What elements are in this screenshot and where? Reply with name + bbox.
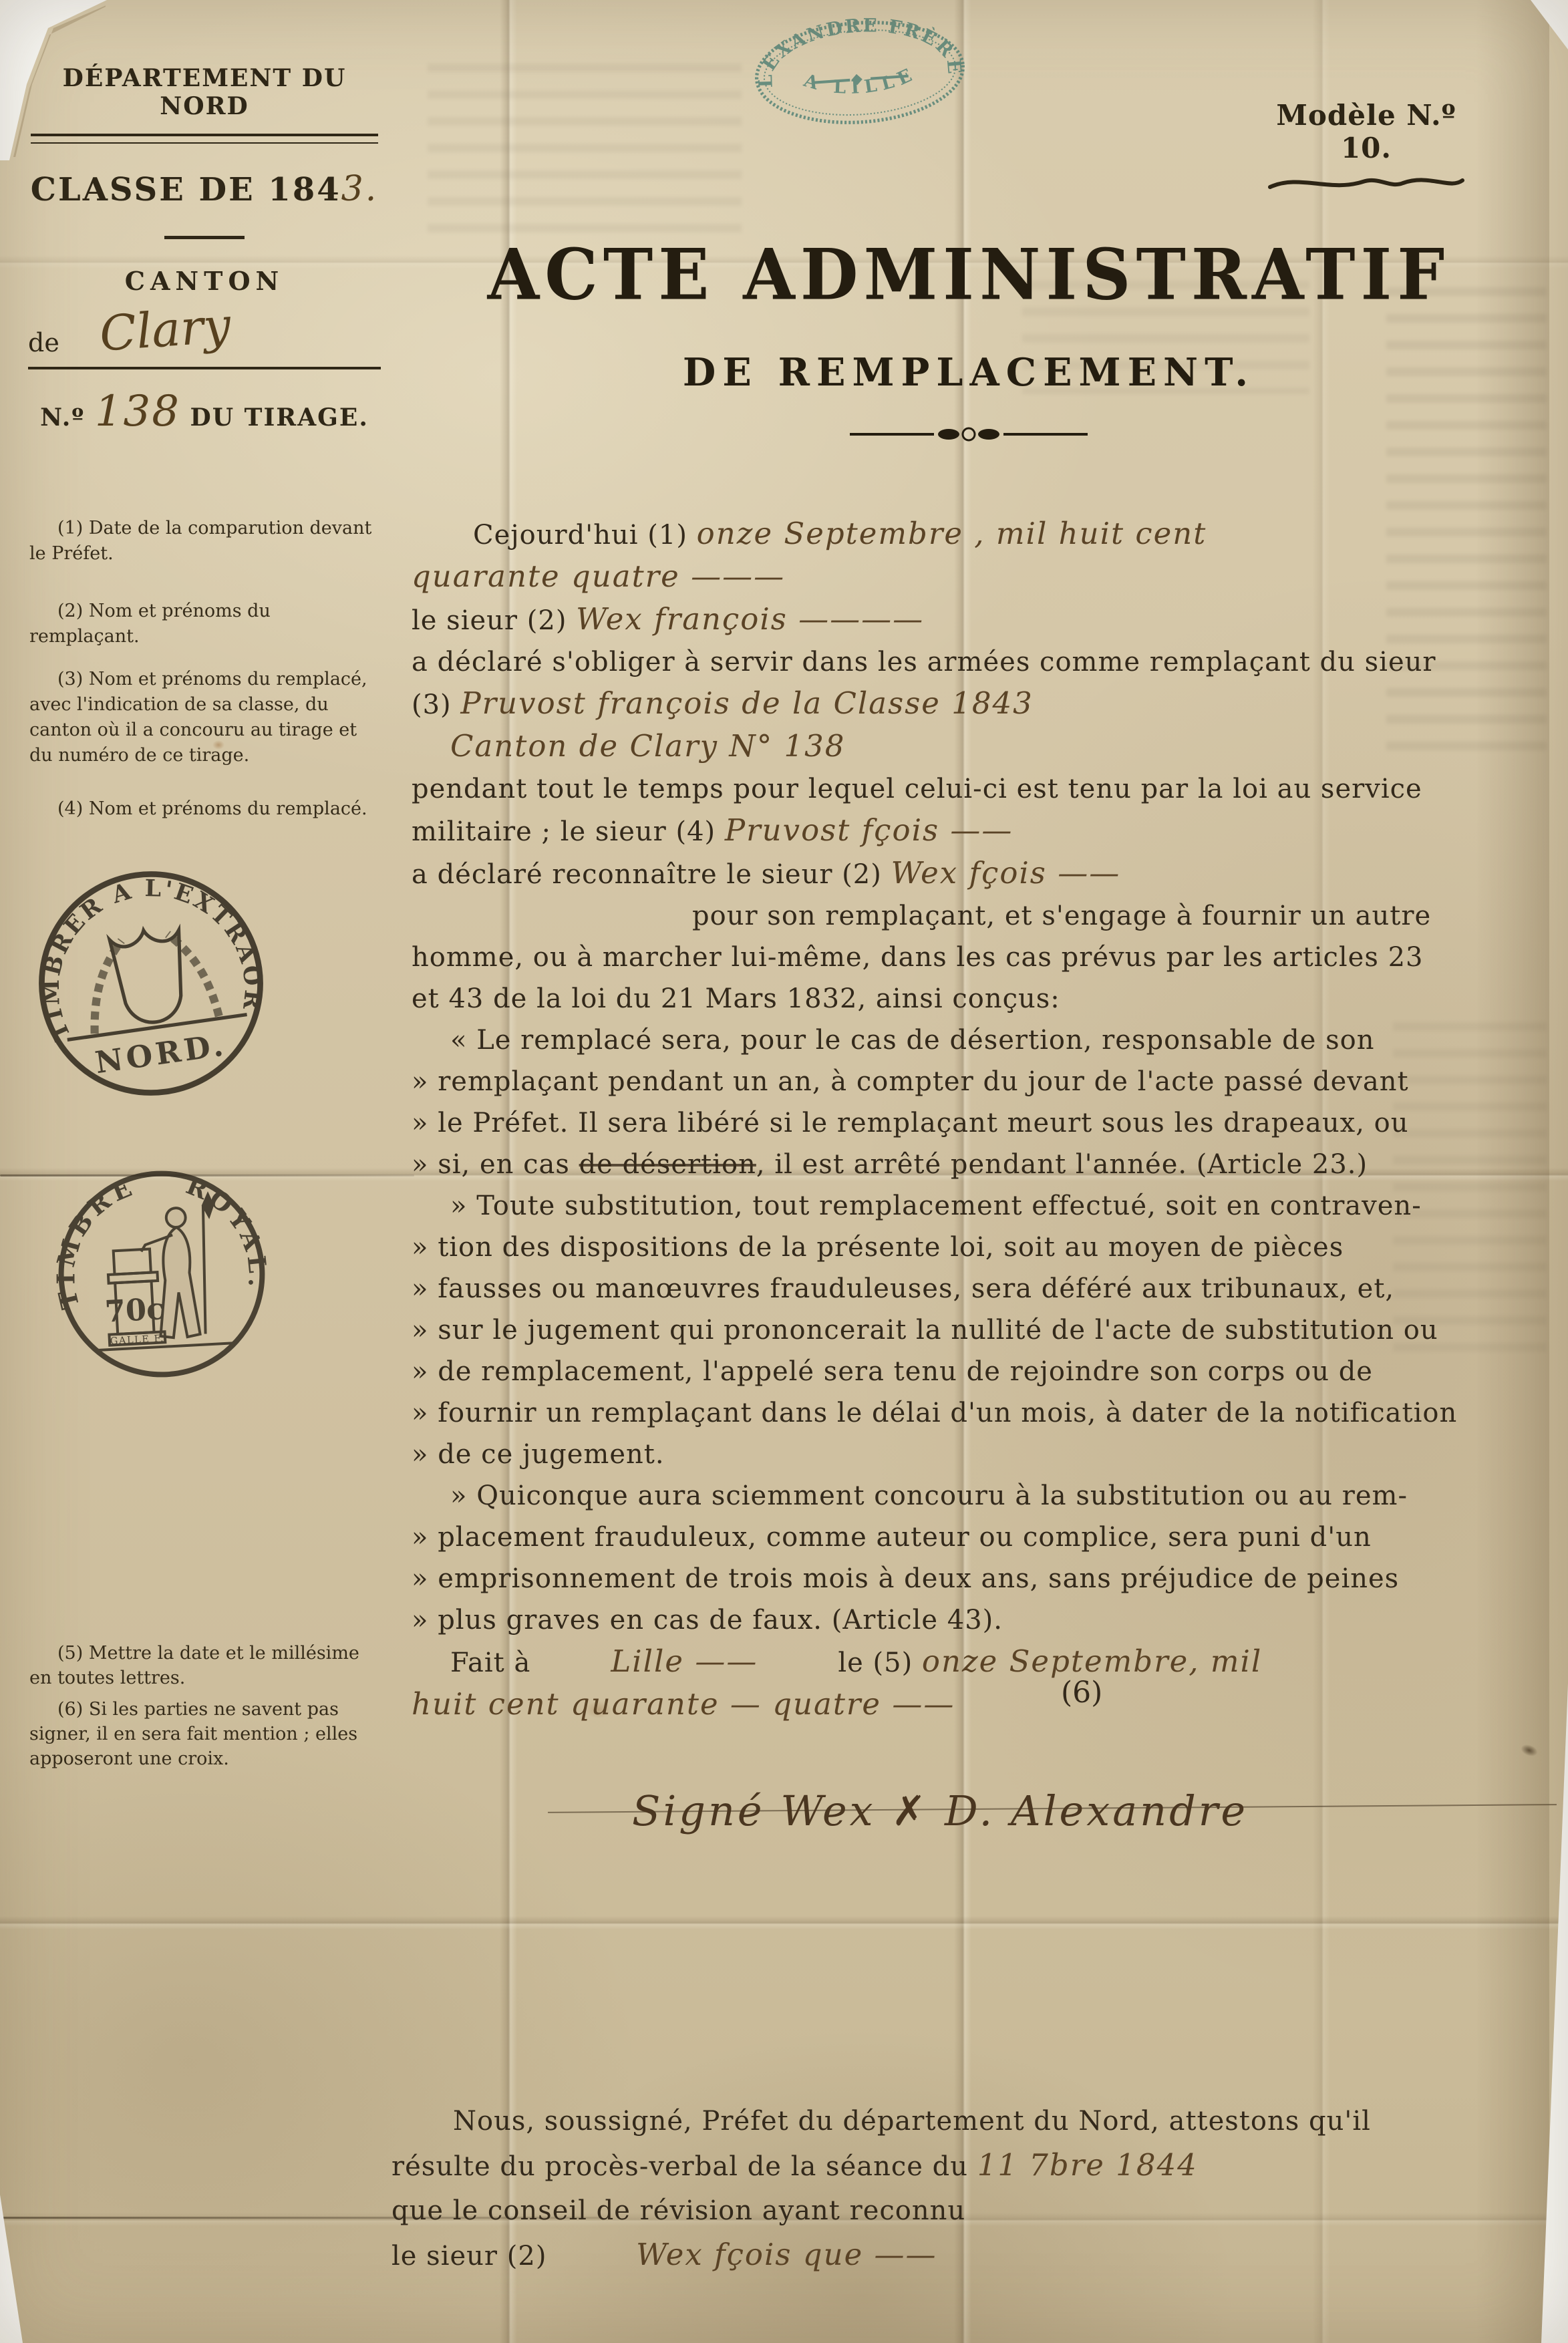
printed-text: Fait à <box>450 1648 530 1678</box>
text-line: (6) Si les parties ne savent pas signer,… <box>29 1697 385 1771</box>
classe-printed: CLASSE DE 184 <box>31 171 341 208</box>
printed-text: » fausses ou manœuvres frauduleuses, ser… <box>412 1273 1394 1304</box>
printed-text: homme, ou à marcher lui-même, dans les c… <box>412 942 1424 973</box>
printed-text: » de ce jugement. <box>412 1439 665 1470</box>
text-line: » placement frauduleux, comme auteur ou … <box>412 1517 1547 1558</box>
handwritten-text: onze Septembre, mil <box>922 1644 1262 1679</box>
text-line: (4) Nom et prénoms du remplacé. <box>29 796 385 822</box>
paper-sheet: DÉPARTEMENT DU NORD CLASSE DE 1843. CANT… <box>0 0 1568 2343</box>
text-line: résulte du procès-verbal de la séance du… <box>391 2143 1554 2189</box>
text-line: » le Préfet. Il sera libéré si le rempla… <box>412 1102 1547 1144</box>
handwritten-text: 11 7bre 1844 <box>977 2147 1198 2183</box>
text-line: Canton de Clary N° 138 <box>412 726 1547 768</box>
handwritten-text: Wex fçois que —— <box>636 2237 937 2272</box>
printed-text: (3) <box>412 689 460 720</box>
handwritten-text: Pruvost françois de la Classe 1843 <box>460 685 1033 721</box>
title-ornament <box>848 426 1089 443</box>
text-line: » fausses ou manœuvres frauduleuses, ser… <box>412 1268 1547 1309</box>
short-rule <box>164 236 245 239</box>
canton-title: CANTON <box>28 266 381 296</box>
text-line: Cejourd'hui (1) onze Septembre , mil hui… <box>412 513 1547 556</box>
text-line: (1) Date de la comparution devant le Pré… <box>29 516 385 567</box>
text-line: » tion des dispositions de la présente l… <box>412 1227 1547 1268</box>
printed-text: » Toute substitution, tout remplacement … <box>450 1191 1422 1221</box>
printed-text: le (5) <box>838 1648 922 1678</box>
printed-text: Cejourd'hui (1) <box>473 520 697 551</box>
verso-bleed-through <box>428 63 742 244</box>
handwritten-text: quarante quatre ——— <box>412 559 785 594</box>
text-line: huit cent quarante — quatre —— <box>412 1684 1547 1726</box>
handwritten-text: Pruvost fçois —— <box>725 812 1013 848</box>
document-scan: DÉPARTEMENT DU NORD CLASSE DE 1843. CANT… <box>0 0 1568 2343</box>
printed-text: , il est arrêté pendant l'année. (Articl… <box>756 1149 1368 1180</box>
text-line: le sieur (2) Wex fçois que —— <box>391 2233 1554 2278</box>
printed-text: a déclaré s'obliger à servir dans les ar… <box>412 647 1436 677</box>
text-line: quarante quatre ——— <box>412 556 1547 599</box>
printed-text: que le conseil de révision ayant reconnu <box>391 2195 965 2226</box>
printed-text: (5) Mettre la date et le millésime en to… <box>29 1643 359 1688</box>
text-line: et 43 de la loi du 21 Mars 1832, ainsi c… <box>412 978 1547 1020</box>
text-line: » fournir un remplaçant dans le délai d'… <box>412 1392 1547 1434</box>
page-title: ACTE ADMINISTRATIF <box>414 233 1523 316</box>
printed-text: militaire ; le sieur (4) <box>412 816 725 847</box>
model-block: Modèle N.º 10. <box>1256 99 1476 198</box>
double-rule <box>31 134 378 144</box>
printed-text: » Quiconque aura sciemment concouru à la… <box>450 1480 1408 1511</box>
text-line: le sieur (2) Wex françois ———— <box>412 599 1547 641</box>
printed-text: Nous, soussigné, Préfet du département d… <box>453 2106 1371 2137</box>
vendor-oval-stamp: ALEXANDRE FRÈRES A LILLE <box>746 10 974 136</box>
classe-handwritten-year: 3. <box>341 169 379 209</box>
printed-text: pendant tout le temps pour lequel celui-… <box>412 774 1422 804</box>
printed-text: et 43 de la loi du 21 Mars 1832, ainsi c… <box>412 983 1060 1014</box>
printed-text: (4) Nom et prénoms du remplacé. <box>57 798 367 819</box>
header-plate: DÉPARTEMENT DU NORD CLASSE DE 1843. CANT… <box>28 64 381 436</box>
handwritten-text: onze Septembre , mil huit cent <box>697 516 1207 551</box>
printed-text: » le Préfet. Il sera libéré si le rempla… <box>412 1108 1409 1138</box>
printed-text: (1) Date de la comparution devant le Pré… <box>29 518 371 564</box>
single-rule <box>28 367 381 369</box>
printed-ref-6: (6) <box>1061 1676 1102 1710</box>
handwritten-text: Signé Wex ✗ D. Alexandre <box>632 1786 1248 1835</box>
printed-text: le sieur (2) <box>412 605 576 636</box>
model-label: Modèle N.º 10. <box>1256 99 1476 164</box>
text-line: (3) Nom et prénoms du remplacé, avec l'i… <box>29 667 385 768</box>
printed-text: » si, en cas <box>412 1149 579 1180</box>
printed-text: a déclaré reconnaître le sieur (2) <box>412 859 891 890</box>
printed-text: » de remplacement, l'appelé sera tenu de… <box>412 1356 1373 1387</box>
text-line: a déclaré reconnaître le sieur (2) Wex f… <box>412 852 1547 895</box>
document-title-block: ACTE ADMINISTRATIF DE REMPLACEMENT. <box>414 235 1523 446</box>
text-line: » de remplacement, l'appelé sera tenu de… <box>412 1351 1547 1392</box>
department-title: DÉPARTEMENT DU NORD <box>28 64 381 120</box>
printed-text: (6) Si les parties ne savent pas signer,… <box>29 1699 357 1769</box>
svg-text:A LILLE: A LILLE <box>800 62 921 102</box>
model-swash <box>1266 172 1466 195</box>
printed-text: » remplaçant pendant un an, à compter du… <box>412 1066 1409 1097</box>
tirage-line: N.º 138 DU TIRAGE. <box>28 387 381 436</box>
canton-value-line: de Clary <box>28 300 381 357</box>
timbre-royal-stamp: TIMBRE ROYAL. 70c GALLE F. <box>49 1152 275 1396</box>
text-line: pour son remplaçant, et s'engage à fourn… <box>412 895 1547 937</box>
canton-handwritten-name: Clary <box>98 297 232 361</box>
text-line: Nous, soussigné, Préfet du département d… <box>391 2099 1554 2143</box>
text-line: (3) Pruvost françois de la Classe 1843 <box>412 683 1547 726</box>
classe-line: CLASSE DE 1843. <box>28 169 381 209</box>
tirage-no-printed: N.º <box>40 404 85 432</box>
royal-engraver: GALLE F. <box>110 1334 165 1347</box>
royal-value: 70c <box>104 1291 165 1330</box>
printed-text: le sieur (2) <box>391 2241 556 2272</box>
printed-text: pour son remplaçant, et s'engage à fourn… <box>692 901 1431 931</box>
shield-and-laurels <box>82 922 219 1034</box>
printed-text: « Le remplacé sera, pour le cas de déser… <box>450 1025 1374 1056</box>
text-line: » sur le jugement qui prononcerait la nu… <box>412 1309 1547 1351</box>
extraord-round-stamp: A TIMBRER A L'EXTRAORD. NORD. <box>19 848 283 1119</box>
fold-crease-horizontal <box>0 1916 1568 1929</box>
closing-attestation: Nous, soussigné, Préfet du département d… <box>391 2099 1554 2278</box>
svg-text:TIMBRE: TIMBRE <box>49 1170 146 1312</box>
text-line: a déclaré s'obliger à servir dans les ar… <box>412 641 1547 683</box>
text-line: » Quiconque aura sciemment concouru à la… <box>412 1475 1547 1517</box>
printed-text: » placement frauduleux, comme auteur ou … <box>412 1522 1372 1553</box>
printed-text: (3) Nom et prénoms du remplacé, avec l'i… <box>29 669 367 766</box>
tirage-post-printed: DU TIRAGE. <box>190 404 369 432</box>
margin-notes-5-6: (5) Mettre la date et le millésime en to… <box>29 1641 385 1778</box>
royal-left-text: TIMBRE <box>49 1170 146 1312</box>
tirage-handwritten-number: 138 <box>95 387 180 436</box>
text-line: (2) Nom et prénoms du remplaçant. <box>29 599 385 649</box>
text-line: que le conseil de révision ayant reconnu <box>391 2189 1554 2233</box>
text-line: Fait àLille ——le (5) onze Septembre, mil <box>412 1641 1547 1684</box>
text-line: » de ce jugement. <box>412 1434 1547 1475</box>
text-line: militaire ; le sieur (4) Pruvost fçois —… <box>412 810 1547 852</box>
page-subtitle: DE REMPLACEMENT. <box>414 350 1523 395</box>
handwritten-text: huit cent quarante — quatre —— <box>412 1686 955 1722</box>
printed-text: (2) Nom et prénoms du remplaçant. <box>29 601 271 647</box>
text-line: » plus graves en cas de faux. (Article 4… <box>412 1599 1547 1641</box>
printed-text: » emprisonnement de trois mois à deux an… <box>412 1563 1399 1594</box>
body-text: Cejourd'hui (1) onze Septembre , mil hui… <box>412 513 1547 1837</box>
margin-notes: (1) Date de la comparution devant le Pré… <box>29 516 385 822</box>
printed-text: » fournir un remplaçant dans le délai d'… <box>412 1398 1457 1428</box>
printed-text: » plus graves en cas de faux. (Article 4… <box>412 1605 1003 1635</box>
text-line: » emprisonnement de trois mois à deux an… <box>412 1558 1547 1599</box>
text-line: homme, ou à marcher lui-même, dans les c… <box>412 937 1547 978</box>
text-line: pendant tout le temps pour lequel celui-… <box>412 768 1547 810</box>
text-line: » Toute substitution, tout remplacement … <box>412 1185 1547 1227</box>
text-line: Signé Wex ✗ D. Alexandre <box>412 1790 1547 1837</box>
text-line: » si, en cas de désertion, il est arrêté… <box>412 1144 1547 1185</box>
printed-text: » tion des dispositions de la présente l… <box>412 1232 1344 1263</box>
text-line: » remplaçant pendant un an, à compter du… <box>412 1061 1547 1102</box>
handwritten-text: Lille —— <box>611 1644 758 1679</box>
printed-text: » sur le jugement qui prononcerait la nu… <box>412 1315 1438 1346</box>
handwritten-text: Canton de Clary N° 138 <box>450 728 845 764</box>
printed-text: de désertion <box>579 1149 756 1180</box>
handwritten-text: Wex françois ———— <box>576 601 924 637</box>
handwritten-text: Wex fçois —— <box>891 855 1121 891</box>
vendor-stamp-city: A LILLE <box>800 62 921 102</box>
text-line: (5) Mettre la date et le millésime en to… <box>29 1641 385 1690</box>
text-line: « Le remplacé sera, pour le cas de déser… <box>412 1020 1547 1061</box>
printed-text: résulte du procès-verbal de la séance du <box>391 2151 977 2182</box>
canton-de-printed: de <box>28 328 59 357</box>
